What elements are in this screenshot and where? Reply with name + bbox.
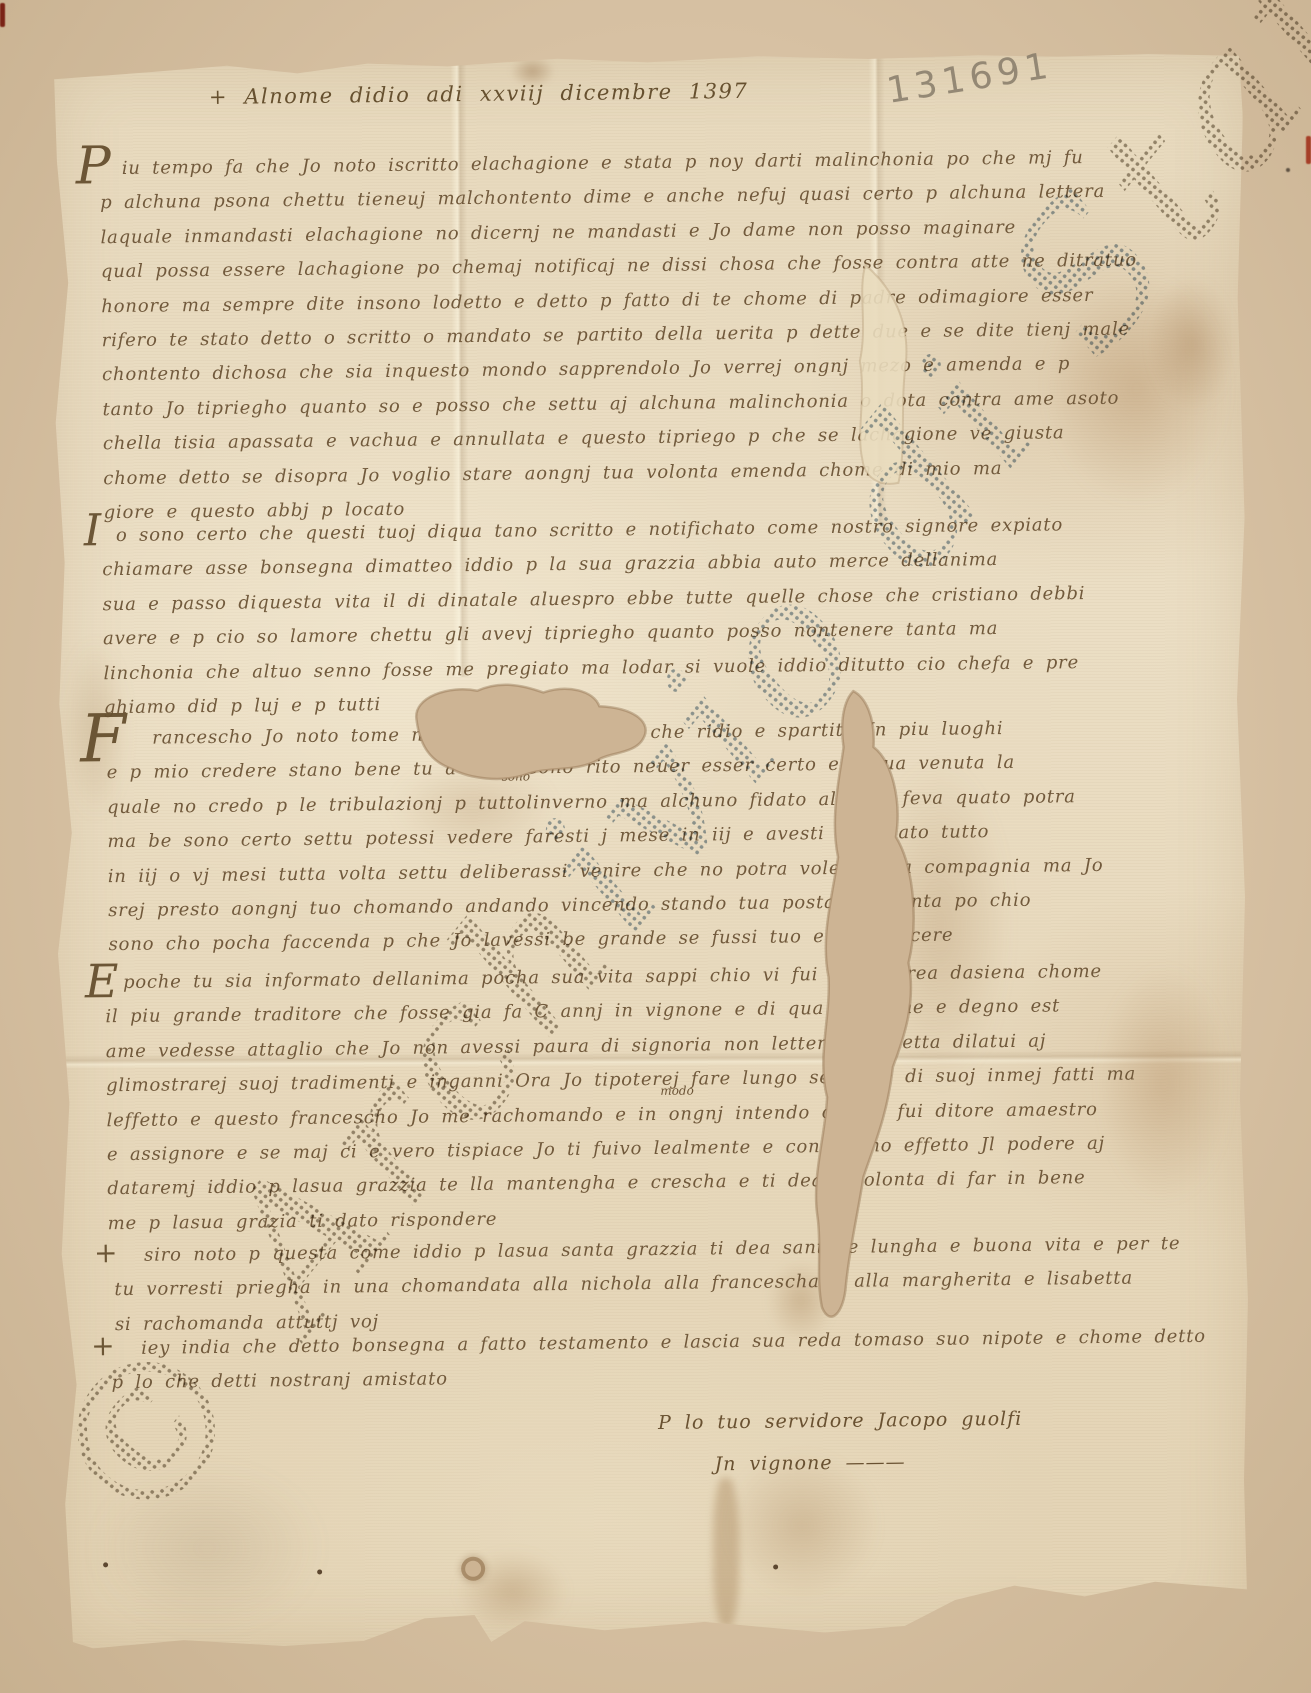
wormhole-with-ring <box>465 1561 481 1577</box>
paragraph-initial: P <box>75 140 111 192</box>
header-date-line: + Alnome didio adi xxviij dicembre 1397 <box>209 79 749 109</box>
paragraph-initial: F <box>80 706 127 773</box>
pinhole <box>773 1564 778 1569</box>
paragraph: F rancescho Jo noto tome no diqua ma so … <box>106 710 1165 963</box>
paragraph: I o sono certo che questi tuoj diqua tan… <box>102 507 1160 725</box>
paragraph: E poche tu sia informato dellanima pocha… <box>105 954 1164 1241</box>
interlinear-note: sono <box>502 769 531 783</box>
paragraph: P iu tempo fa che Jo noto iscritto elach… <box>100 140 1160 530</box>
pinhole <box>317 1569 322 1574</box>
signature-line: P lo tuo servidore Jacopo guolfi <box>658 1408 1023 1434</box>
paragraph-cross-initial: + <box>91 1332 116 1360</box>
interlinear-note: modo <box>660 1084 694 1098</box>
paragraph: + iey india che detto bonsegna a fatto t… <box>111 1320 1168 1401</box>
pinhole <box>103 1562 108 1567</box>
red-edge-mark-left <box>0 3 5 27</box>
manuscript-scan: + Alnome didio adi xxviij dicembre 1397 … <box>0 0 1311 1693</box>
signature-place-line: Jn vignone ——— <box>714 1451 905 1475</box>
handwriting-layer: + Alnome didio adi xxviij dicembre 1397 … <box>51 49 1261 1652</box>
paragraph-initial: E <box>85 958 120 1004</box>
paragraph-cross-initial: + <box>94 1239 119 1267</box>
dust-speck <box>1286 168 1290 172</box>
paper-sheet: + Alnome didio adi xxviij dicembre 1397 … <box>51 53 1250 1648</box>
paragraph-initial: I <box>84 509 103 553</box>
red-edge-mark-right <box>1306 136 1311 164</box>
